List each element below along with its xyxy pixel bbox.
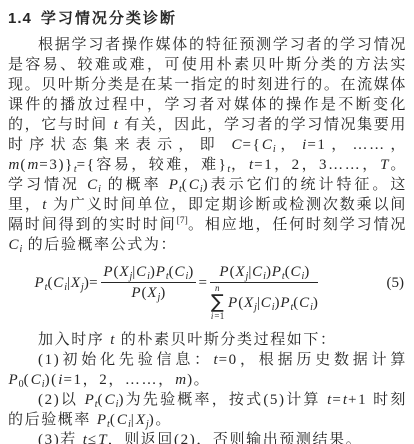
- section-heading: 1.4学习情况分类诊断: [8, 7, 407, 28]
- equals-sign: =: [199, 273, 208, 293]
- fraction-1-numerator: P(Xj|Ci)Pt(Ci): [101, 262, 196, 283]
- document-page: { "page": { "background": "#ffffff", "te…: [0, 0, 414, 444]
- step-1: (1)初始化先验信息：t=0，根据历史数据计算 P0(Ci)(i=1，2，……，…: [8, 350, 407, 390]
- equation-lhs: Pt(Ci|Xj)=: [34, 273, 98, 293]
- equation-fraction-2: P(Xj|Ci)Pt(Ci) n ∑ i=1 P(Xj|Ci)Pt(Ci): [210, 262, 318, 321]
- summation-body: P(Xj|Ci)Pt(Ci): [228, 293, 319, 313]
- fraction-1-denominator: P(Xj): [131, 283, 166, 303]
- fraction-2-numerator: P(Xj|Ci)Pt(Ci): [210, 262, 318, 283]
- step-3: (3)若 t≤T，则返回(2)，否则输出预测结果。: [8, 430, 407, 444]
- section-title: 学习情况分类诊断: [41, 10, 177, 27]
- summation: n ∑ i=1: [210, 284, 224, 321]
- paragraph-process-intro: 加入时序 t 的朴素贝叶斯分类过程如下：: [8, 330, 407, 350]
- equation-5: Pt(Ci|Xj)= P(Xj|Ci)Pt(Ci) P(Xj) = P(Xj|C…: [8, 262, 407, 321]
- equation-fraction-1: P(Xj|Ci)Pt(Ci) P(Xj): [101, 262, 196, 303]
- section-number: 1.4: [8, 10, 32, 27]
- sigma-symbol: ∑: [211, 293, 224, 312]
- paragraph-intro: 根据学习者操作媒体的特征预测学习者的学习情况是容易、较难或难，可使用朴素贝叶斯分…: [8, 35, 407, 255]
- summation-lower-limit: i=1: [210, 312, 224, 321]
- step-2: (2)以 Pt(Ci)为先验概率，按式(5)计算 t=t+1 时刻的后验概率 P…: [8, 390, 407, 430]
- equation-number: (5): [387, 273, 405, 293]
- fraction-2-denominator: n ∑ i=1 P(Xj|Ci)Pt(Ci): [210, 283, 318, 321]
